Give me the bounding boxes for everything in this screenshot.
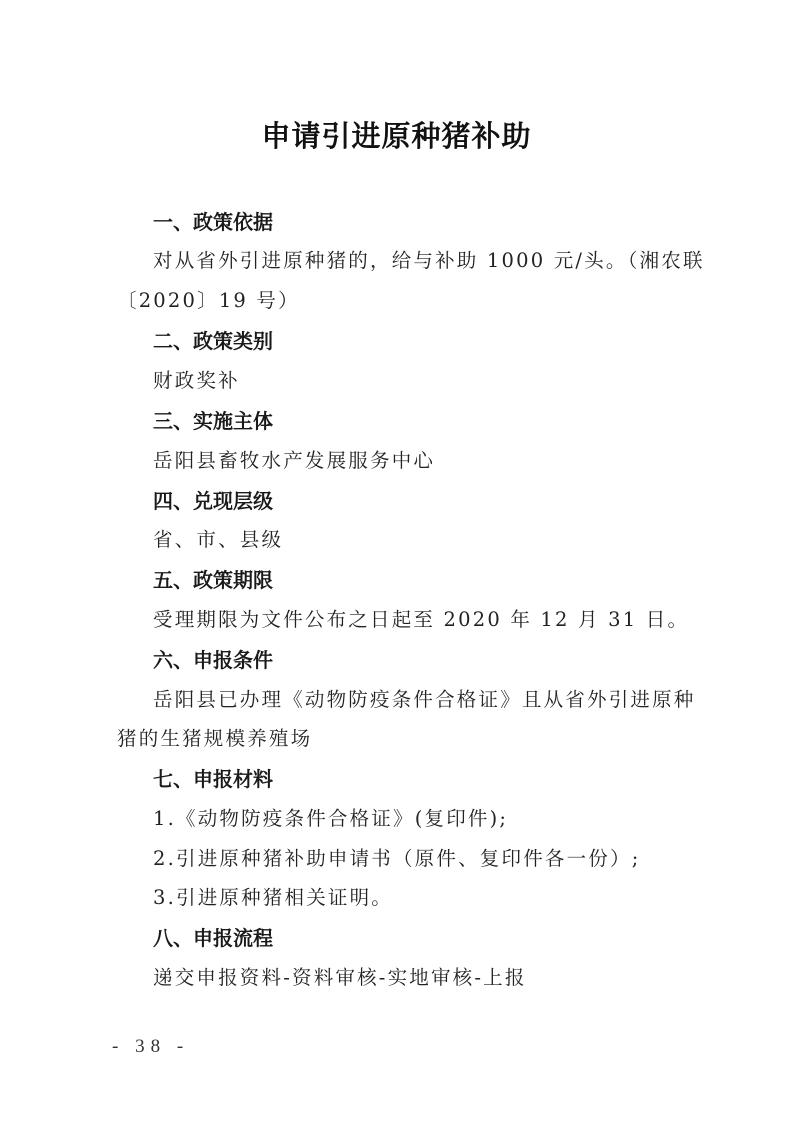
section-text: 岳阳县已办理《动物防疫条件合格证》且从省外引进原种 bbox=[153, 684, 696, 712]
section-text: 省、市、县级 bbox=[153, 524, 283, 552]
section-heading-implementing-body: 三、实施主体 bbox=[153, 405, 273, 434]
material-item: 1.《动物防疫条件合格证》(复印件); bbox=[153, 803, 508, 831]
section-heading-application-materials: 七、申报材料 bbox=[153, 763, 273, 792]
material-item: 3.引进原种猪相关证明。 bbox=[153, 882, 393, 910]
section-text: 受理期限为文件公布之日起至 2020 年 12 月 31 日。 bbox=[153, 604, 689, 632]
section-heading-application-process: 八、申报流程 bbox=[153, 922, 273, 951]
section-text: 财政奖补 bbox=[153, 365, 240, 393]
page-number: - 38 - bbox=[112, 1036, 189, 1058]
document-title: 申请引进原种猪补助 bbox=[0, 114, 793, 155]
material-item: 2.引进原种猪补助申请书（原件、复印件各一份）; bbox=[153, 843, 640, 871]
section-text: 递交申报资料-资料审核-实地审核-上报 bbox=[153, 962, 527, 990]
section-heading-policy-category: 二、政策类别 bbox=[153, 325, 273, 354]
section-text: 岳阳县畜牧水产发展服务中心 bbox=[153, 445, 435, 473]
section-text: 〔2020〕19 号） bbox=[117, 285, 300, 313]
section-text: 猪的生猪规模养殖场 bbox=[117, 723, 312, 751]
section-heading-payout-level: 四、兑现层级 bbox=[153, 485, 273, 514]
section-heading-application-conditions: 六、申报条件 bbox=[153, 644, 273, 673]
section-heading-policy-basis: 一、政策依据 bbox=[153, 206, 273, 235]
section-heading-policy-period: 五、政策期限 bbox=[153, 564, 273, 593]
section-text: 对从省外引进原种猪的，给与补助 1000 元/头。（湘农联 bbox=[153, 245, 705, 273]
